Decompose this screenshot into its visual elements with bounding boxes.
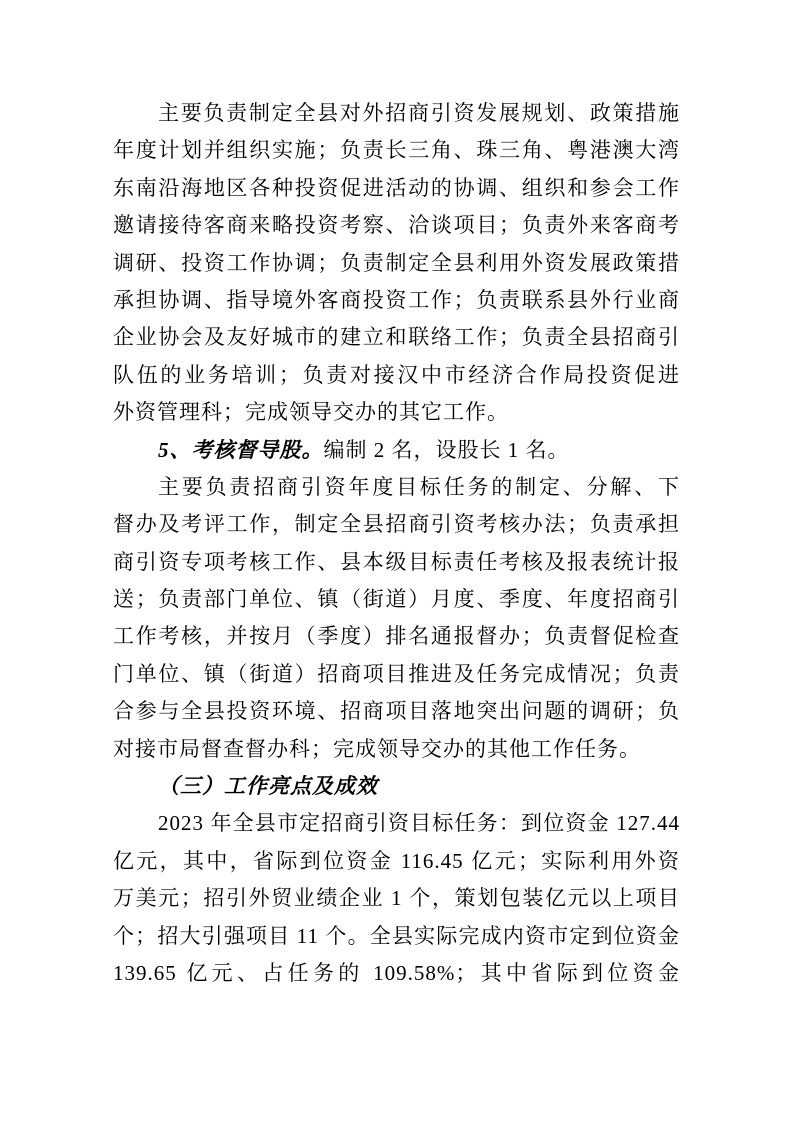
document-page: 主要负责制定全县对外招商引资发展规划、政策措施和 年度计划并组织实施；负责长三角… bbox=[0, 0, 793, 1122]
text-line: 万美元；招引外贸业绩企业 1 个，策划包装亿元以上项目 15 bbox=[113, 880, 680, 917]
text-line: 主要负责招商引资年度目标任务的制定、分解、下达、 bbox=[113, 469, 680, 506]
text-line: 个；招大引强项目 11 个。全县实际完成内资市定到位资金 bbox=[113, 918, 680, 955]
paragraph-clause-5: 5、考核督导股。编制 2 名，设股长 1 名。 bbox=[113, 432, 680, 469]
paragraph-duties-2: 主要负责招商引资年度目标任务的制定、分解、下达、 督办及考评工作，制定全县招商引… bbox=[113, 469, 680, 768]
clause-5-heading: 5、考核督导股。 bbox=[158, 438, 324, 462]
paragraph-section-3: （三）工作亮点及成效 bbox=[113, 768, 680, 805]
text-line: 主要负责制定全县对外招商引资发展规划、政策措施和 bbox=[113, 95, 680, 132]
document-text-block: 主要负责制定全县对外招商引资发展规划、政策措施和 年度计划并组织实施；负责长三角… bbox=[113, 95, 680, 992]
text-line: 企业协会及友好城市的建立和联络工作；负责全县招商引资 bbox=[113, 319, 680, 356]
paragraph-duties-1: 主要负责制定全县对外招商引资发展规划、政策措施和 年度计划并组织实施；负责长三角… bbox=[113, 95, 680, 432]
text-line: 调研、投资工作协调；负责制定全县利用外资发展政策措施， bbox=[113, 245, 680, 282]
text-line: 亿元，其中，省际到位资金 116.45 亿元；实际利用外资 100 bbox=[113, 843, 680, 880]
text-line: 门单位、镇（街道）招商项目推进及任务完成情况；负责配 bbox=[113, 656, 680, 693]
text-line: 送；负责部门单位、镇（街道）月度、季度、年度招商引资 bbox=[113, 581, 680, 618]
section-heading: （三）工作亮点及成效 bbox=[113, 768, 680, 805]
text-line: 队伍的业务培训；负责对接汉中市经济合作局投资促进科、 bbox=[113, 357, 680, 394]
text-line: 对接市局督查督办科；完成领导交办的其他工作任务。 bbox=[113, 731, 680, 768]
text-line: 年度计划并组织实施；负责长三角、珠三角、粤港澳大湾区、 bbox=[113, 132, 680, 169]
clause-5-rest: 编制 2 名，设股长 1 名。 bbox=[324, 438, 570, 462]
text-line: 东南沿海地区各种投资促进活动的协调、组织和参会工作及 bbox=[113, 170, 680, 207]
text-line: 2023 年全县市定招商引资目标任务：到位资金 127.44 bbox=[113, 805, 680, 842]
text-line: 承担协调、指导境外客商投资工作；负责联系县外行业商会、 bbox=[113, 282, 680, 319]
text-line: 外资管理科；完成领导交办的其它工作。 bbox=[113, 394, 680, 431]
text-line: 督办及考评工作，制定全县招商引资考核办法；负责承担招 bbox=[113, 506, 680, 543]
text-line: 工作考核，并按月（季度）排名通报督办；负责督促检查部 bbox=[113, 618, 680, 655]
clause-5-line: 5、考核督导股。编制 2 名，设股长 1 名。 bbox=[113, 432, 680, 469]
text-line: 139.65 亿元、占任务的 109.58%；其中省际到位资金 124.05 bbox=[113, 955, 680, 992]
paragraph-achievements: 2023 年全县市定招商引资目标任务：到位资金 127.44 亿元，其中，省际到… bbox=[113, 805, 680, 992]
text-line: 邀请接待客商来略投资考察、洽谈项目；负责外来客商考察 bbox=[113, 207, 680, 244]
text-line: 商引资专项考核工作、县本级目标责任考核及报表统计报 bbox=[113, 544, 680, 581]
text-line: 合参与全县投资环境、招商项目落地突出问题的调研；负责 bbox=[113, 693, 680, 730]
